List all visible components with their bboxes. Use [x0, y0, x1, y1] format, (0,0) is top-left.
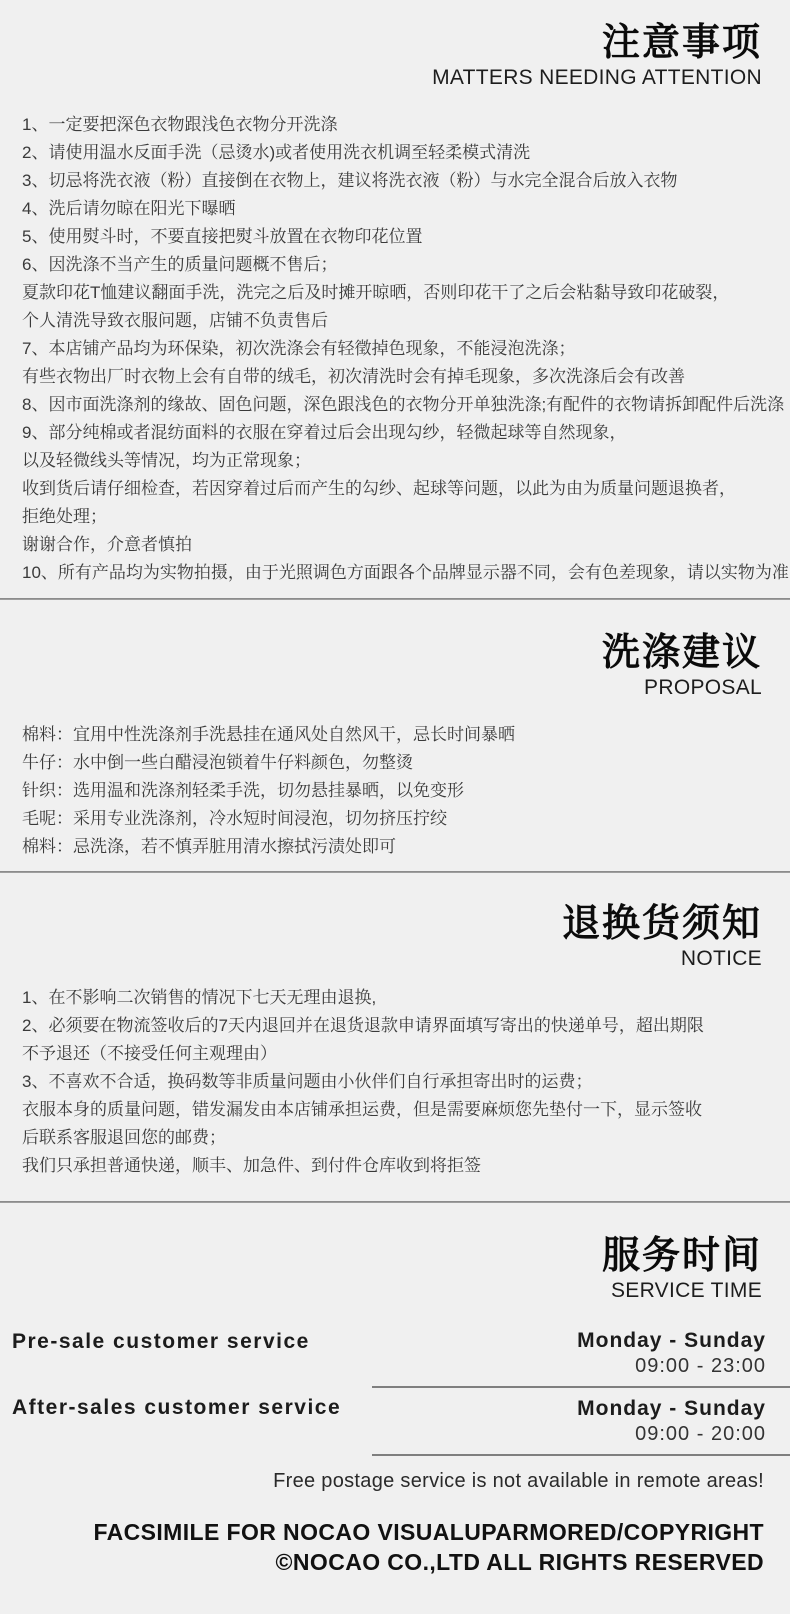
attention-header: 注意事项 MATTERS NEEDING ATTENTION	[0, 0, 790, 89]
section-service-time: 服务时间 SERVICE TIME Pre-sale customer serv…	[0, 1203, 790, 1577]
notice-text-line: 我们只承担普通快递，顺丰、加急件、到付件仓库收到将拒签	[22, 1152, 790, 1180]
attention-text-line: 2、请使用温水反面手洗（忌烫水)或者使用洗衣机调至轻柔模式清洗	[22, 139, 790, 167]
notice-title-en: NOTICE	[0, 947, 762, 970]
attention-text-line: 谢谢合作，介意者慎拍	[22, 531, 790, 559]
attention-text-line: 5、使用熨斗时，不要直接把熨斗放置在衣物印花位置	[22, 223, 790, 251]
service-hours: 09:00 - 20:00	[372, 1422, 766, 1447]
service-days: Monday - Sunday	[372, 1396, 766, 1422]
section-attention: 注意事项 MATTERS NEEDING ATTENTION 1、一定要把深色衣…	[0, 0, 790, 587]
section-notice: 退换货须知 NOTICE 1、在不影响二次销售的情况下七天无理由退换, 2、必须…	[0, 873, 790, 1180]
proposal-text-line: 毛呢：采用专业洗涤剂，冷水短时间浸泡，切勿挤压拧绞	[22, 805, 790, 833]
attention-text-line: 6、因洗涤不当产生的质量问题概不售后；	[22, 251, 790, 279]
service-header: 服务时间 SERVICE TIME	[0, 1203, 790, 1302]
service-hours: 09:00 - 23:00	[372, 1354, 766, 1379]
notice-text-line: 衣服本身的质量问题，错发漏发由本店铺承担运费，但是需要麻烦您先垫付一下，显示签收	[22, 1096, 790, 1124]
notice-text-line: 3、不喜欢不合适，换码数等非质量问题由小伙伴们自行承担寄出时的运费；	[22, 1068, 790, 1096]
copyright-footer: FACSIMILE FOR NOCAO VISUALUPARMORED/COPY…	[0, 1517, 790, 1577]
service-label: After-sales customer service	[0, 1388, 341, 1420]
postage-note: Free postage service is not available in…	[0, 1470, 790, 1493]
notice-text-line: 1、在不影响二次销售的情况下七天无理由退换,	[22, 984, 790, 1012]
service-title-en: SERVICE TIME	[0, 1279, 762, 1302]
attention-title-en: MATTERS NEEDING ATTENTION	[0, 66, 762, 89]
proposal-text-line: 棉料：宜用中性洗涤剂手洗悬挂在通风处自然风干，忌长时间暴晒	[22, 721, 790, 749]
attention-text-line: 9、部分纯棉或者混纺面料的衣服在穿着过后会出现勾纱，轻微起球等自然现象，	[22, 419, 790, 447]
proposal-list: 棉料：宜用中性洗涤剂手洗悬挂在通风处自然风干，忌长时间暴晒 牛仔：水中倒一些白醋…	[0, 721, 790, 861]
notice-header: 退换货须知 NOTICE	[0, 873, 790, 970]
proposal-text-line: 针织：选用温和洗涤剂轻柔手洗，切勿悬挂暴晒，以免变形	[22, 777, 790, 805]
attention-text-line: 收到货后请仔细检查，若因穿着过后而产生的勾纱、起球等问题，以此为由为质量问题退换…	[22, 475, 790, 503]
attention-list: 1、一定要把深色衣物跟浅色衣物分开洗涤 2、请使用温水反面手洗（忌烫水)或者使用…	[0, 111, 790, 587]
service-schedule: Monday - Sunday 09:00 - 23:00	[372, 1328, 790, 1388]
proposal-text-line: 牛仔：水中倒一些白醋浸泡锁着牛仔料颜色，勿整烫	[22, 749, 790, 777]
service-row: After-sales customer service Monday - Su…	[0, 1388, 790, 1456]
attention-text-line: 4、洗后请勿晾在阳光下曝晒	[22, 195, 790, 223]
notice-text-line: 不予退还（不接受任何主观理由）	[22, 1040, 790, 1068]
notice-text-line: 后联系客服退回您的邮费；	[22, 1124, 790, 1152]
attention-title-cn: 注意事项	[0, 22, 762, 64]
attention-text-line: 8、因市面洗涤剂的缘故、固色问题，深色跟浅色的衣物分开单独洗涤;有配件的衣物请拆…	[22, 391, 790, 419]
service-label: Pre-sale customer service	[0, 1328, 310, 1354]
service-row: Pre-sale customer service Monday - Sunda…	[0, 1328, 790, 1388]
section-proposal: 洗涤建议 PROPOSAL 棉料：宜用中性洗涤剂手洗悬挂在通风处自然风干，忌长时…	[0, 600, 790, 861]
attention-text-line: 夏款印花T恤建议翻面手洗，洗完之后及时摊开晾晒，否则印花干了之后会粘黏导致印花破…	[22, 279, 790, 307]
attention-text-line: 1、一定要把深色衣物跟浅色衣物分开洗涤	[22, 111, 790, 139]
proposal-header: 洗涤建议 PROPOSAL	[0, 600, 790, 699]
care-instructions-page: 注意事项 MATTERS NEEDING ATTENTION 1、一定要把深色衣…	[0, 0, 790, 1614]
attention-text-line: 拒绝处理；	[22, 503, 790, 531]
attention-text-line: 7、本店铺产品均为环保染，初次洗涤会有轻徵掉色现象，不能浸泡洗涤；	[22, 335, 790, 363]
proposal-title-en: PROPOSAL	[0, 676, 762, 699]
service-schedule: Monday - Sunday 09:00 - 20:00	[372, 1388, 790, 1456]
copyright-line1: FACSIMILE FOR NOCAO VISUALUPARMORED/COPY…	[0, 1517, 764, 1547]
attention-text-line: 10、所有产品均为实物拍摄，由于光照调色方面跟各个品牌显示器不同，会有色差现象，…	[22, 559, 790, 587]
proposal-text-line: 棉料：忌洗涤，若不慎弄脏用清水擦拭污渍处即可	[22, 833, 790, 861]
attention-text-line: 个人清洗导致衣服问题，店铺不负责售后	[22, 307, 790, 335]
service-title-cn: 服务时间	[0, 1235, 762, 1277]
service-days: Monday - Sunday	[372, 1328, 766, 1354]
attention-text-line: 以及轻微线头等情况，均为正常现象；	[22, 447, 790, 475]
proposal-title-cn: 洗涤建议	[0, 632, 762, 674]
notice-list: 1、在不影响二次销售的情况下七天无理由退换, 2、必须要在物流签收后的7天内退回…	[0, 984, 790, 1180]
notice-title-cn: 退换货须知	[0, 903, 762, 945]
attention-text-line: 3、切忌将洗衣液（粉）直接倒在衣物上，建议将洗衣液（粉）与水完全混合后放入衣物	[22, 167, 790, 195]
attention-text-line: 有些衣物出厂时衣物上会有自带的绒毛，初次清洗时会有掉毛现象，多次洗涤后会有改善	[22, 363, 790, 391]
service-table: Pre-sale customer service Monday - Sunda…	[0, 1328, 790, 1456]
notice-text-line: 2、必须要在物流签收后的7天内退回并在退货退款申请界面填写寄出的快递单号，超出期…	[22, 1012, 790, 1040]
copyright-line2: ©NOCAO CO.,LTD ALL RIGHTS RESERVED	[0, 1547, 764, 1577]
